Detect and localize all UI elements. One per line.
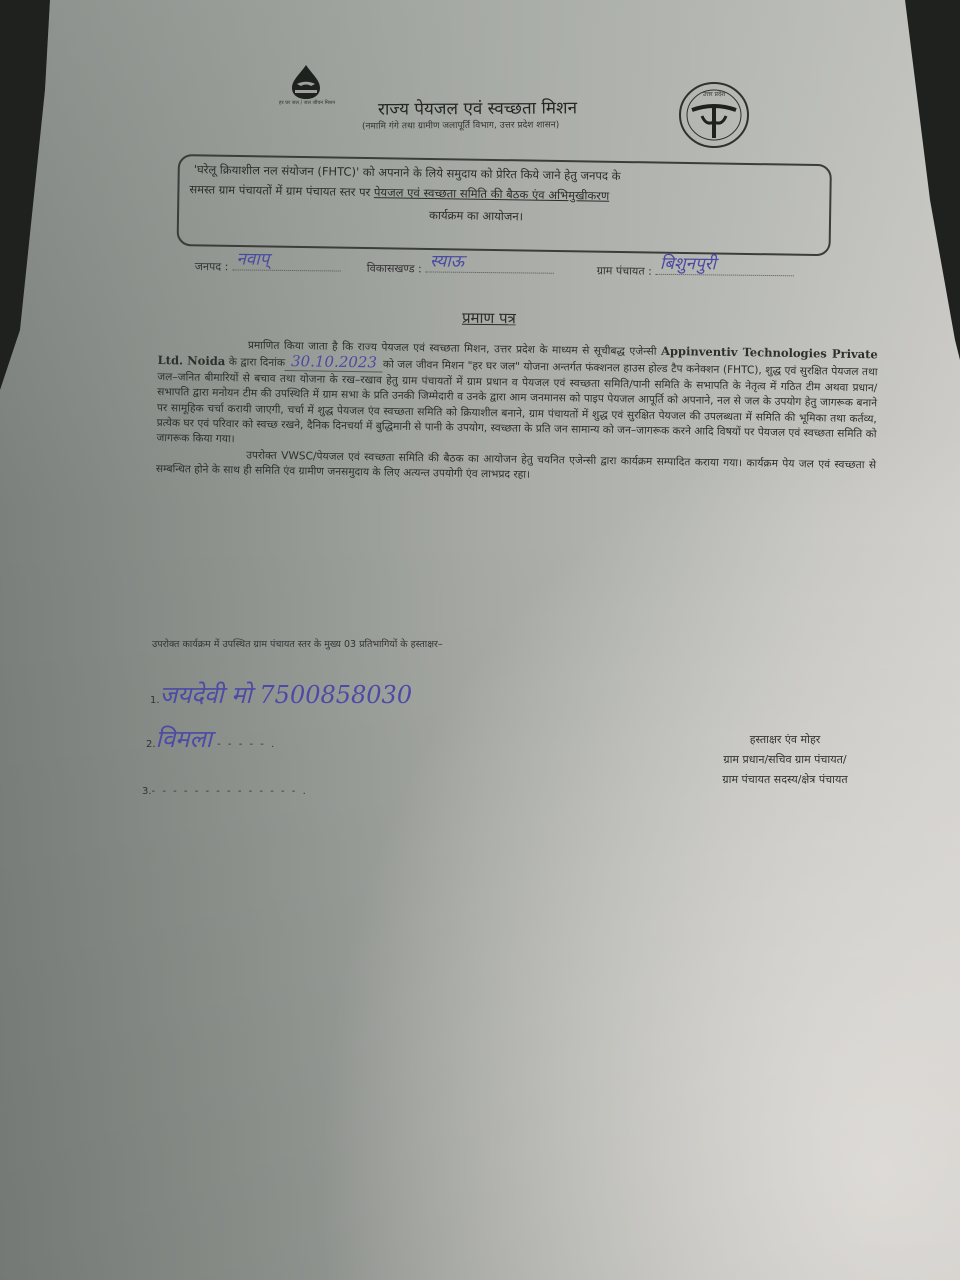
stamp-line-1: हस्ताक्षर एंव मोहर (675, 730, 895, 750)
signature-handwritten: जयदेवी मो 7500858030 (160, 681, 413, 709)
topic-line-2-prefix: समस्त ग्राम पंचायतों में ग्राम पंचायत स्… (189, 182, 374, 199)
topic-line-2: समस्त ग्राम पंचायतों में ग्राम पंचायत स्… (189, 182, 609, 204)
jal-jeevan-mission-logo: हर घर जल / जल जीवन मिशन (272, 62, 342, 132)
topic-line-2-underlined: पेयजल एवं स्वच्छता समिति की बैठक एंव अभि… (374, 185, 610, 203)
para1-part-b: के द्वारा दिनांक (225, 356, 285, 369)
signature-handwritten: विमला (156, 725, 212, 753)
certificate-title: प्रमाण पत्र (462, 308, 516, 329)
topic-line-1: 'घरेलू क्रियाशील नल संयोजन (FHTC)' को अप… (194, 162, 621, 184)
signatures-intro: उपरोक्त कार्यक्रम में उपस्थित ग्राम पंचा… (152, 638, 572, 651)
svg-text:उत्तर प्रदेश: उत्तर प्रदेश (703, 90, 726, 98)
up-government-seal-icon: उत्तर प्रदेश (676, 80, 752, 150)
document-page: हर घर जल / जल जीवन मिशन राज्य पेयजल एवं … (0, 0, 960, 1280)
certificate-body: प्रमाणित किया जाता है कि राज्य पेयजल एवं… (156, 336, 878, 489)
mission-subtitle: (नमामि गंगे तथा ग्रामीण जलापूर्ति विभाग,… (362, 117, 559, 131)
para1-part-c: को जल जीवन मिशन "हर घर जल" योजना अन्तर्ग… (156, 359, 877, 446)
program-date: 30.10.2023 (285, 352, 383, 373)
signature-line-1: 1.जयदेवी मो 7500858030 (150, 678, 412, 711)
stamp-line-2: ग्राम प्रधान/सचिव ग्राम पंचायत/ (675, 750, 895, 770)
district-label: जनपद : (195, 260, 229, 273)
topic-line-3: कार्यक्रम का आयोजन। (429, 208, 523, 224)
location-fields: जनपद :नवाप् विकासखण्ड :स्याऊ ग्राम पंचाय… (195, 246, 835, 287)
signature-blank: - - - - - - - - - - - - - - . (152, 786, 308, 797)
signature-blank: - - - - - . (212, 739, 276, 750)
certificate-paragraph-1: प्रमाणित किया जाता है कि राज्य पेयजल एवं… (156, 336, 878, 458)
panchayat-field: ग्राम पंचायत :बिशुनपुरी (597, 256, 794, 282)
district-field: जनपद :नवाप् (195, 252, 341, 278)
panchayat-value: बिशुनपुरी (656, 251, 794, 276)
district-value: नवाप् (232, 246, 340, 271)
stamp-line-3: ग्राम पंचायत सदस्य/क्षेत्र पंचायत (675, 770, 895, 790)
signature-line-3: 3.- - - - - - - - - - - - - - . (142, 786, 308, 797)
signature-number: 2. (146, 739, 156, 750)
water-drop-logo-icon (286, 64, 326, 100)
authority-stamp-block: हस्ताक्षर एंव मोहर ग्राम प्रधान/सचिव ग्र… (675, 730, 895, 790)
mission-title: राज्य पेयजल एवं स्वच्छता मिशन (378, 95, 577, 119)
up-government-seal: उत्तर प्रदेश (676, 80, 752, 150)
program-topic-box: 'घरेलू क्रियाशील नल संयोजन (FHTC)' को अप… (177, 154, 832, 256)
signature-line-2: 2.विमला - - - - - . (146, 722, 276, 755)
panchayat-label: ग्राम पंचायत : (597, 264, 652, 278)
logo-caption: हर घर जल / जल जीवन मिशन (272, 100, 342, 106)
block-field: विकासखण्ड :स्याऊ (367, 254, 554, 280)
block-label: विकासखण्ड : (367, 262, 422, 276)
signature-number: 3. (142, 786, 152, 797)
block-value: स्याऊ (426, 248, 554, 273)
signature-number: 1. (150, 695, 160, 706)
